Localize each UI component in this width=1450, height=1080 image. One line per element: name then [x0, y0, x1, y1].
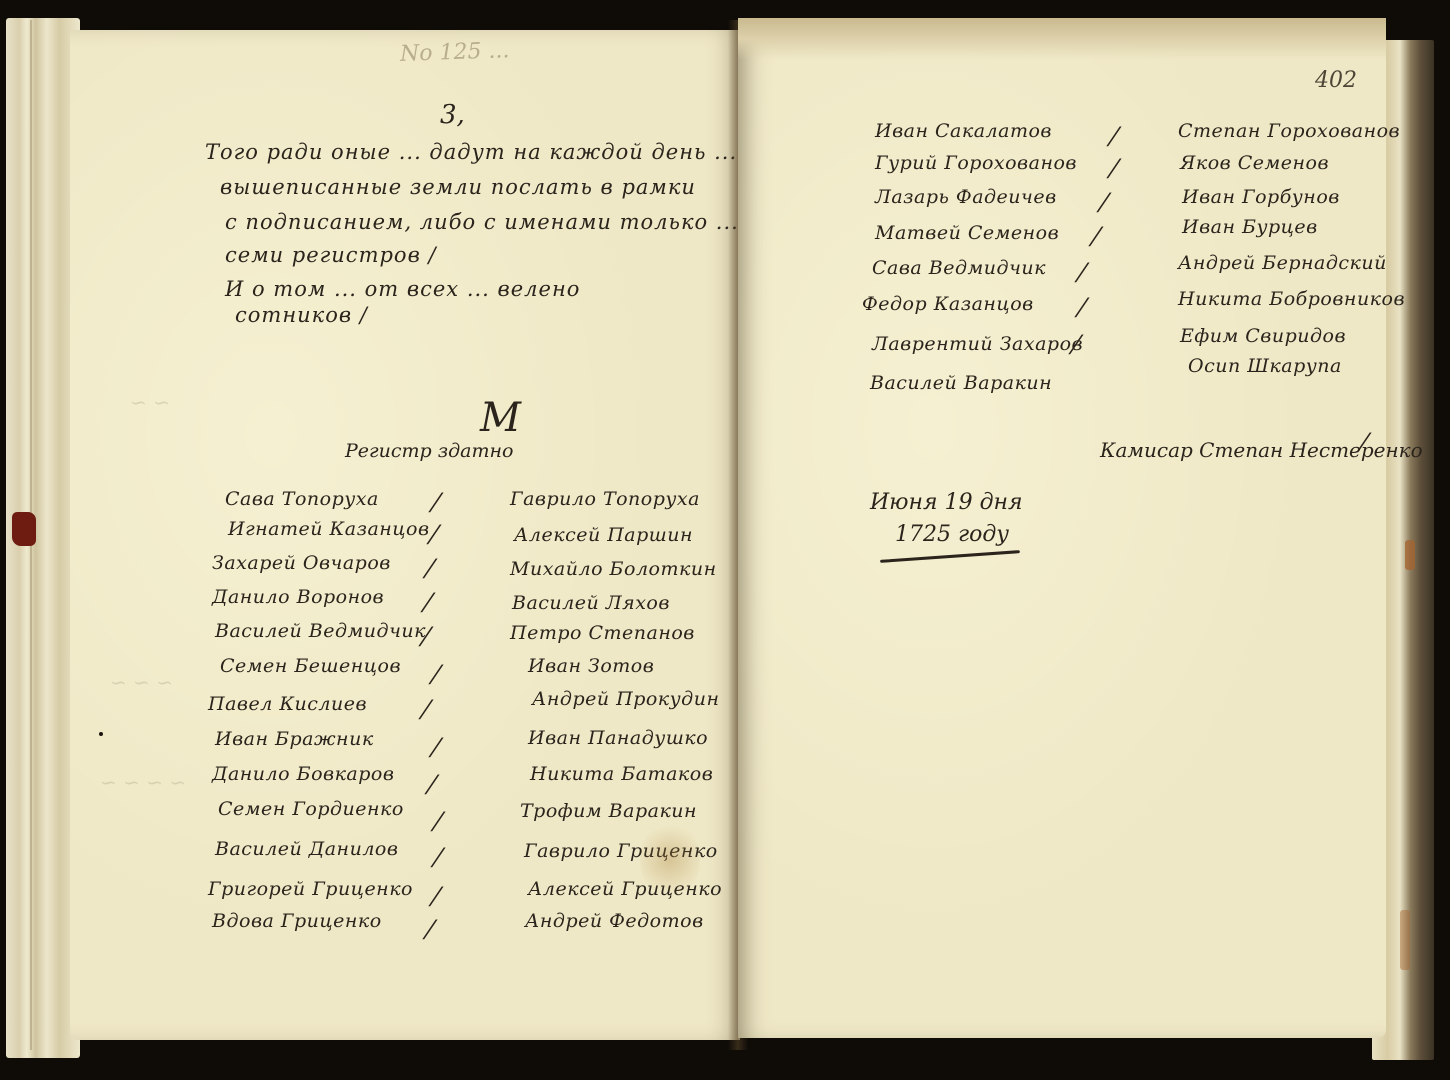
name-entry: Лаврентий Захаров	[872, 333, 1083, 355]
name-entry: Семен Гордиенко	[218, 798, 404, 820]
ink-dot	[99, 732, 103, 736]
name-entry: Игнатей Казанцов	[228, 518, 430, 540]
bleed-through-text: ~ ~ ~	[110, 670, 173, 694]
name-entry: Лазарь Фадеичев	[875, 186, 1057, 208]
paragraph-line: И о том ... от всех ... велено	[225, 277, 580, 301]
bleed-through-text: ~ ~ ~ ~	[100, 770, 186, 794]
name-entry: Михайло Болоткин	[510, 558, 717, 580]
name-entry: Иван Сакалатов	[875, 120, 1052, 142]
commissar-signature: Камисар Степан Нестеренко	[1100, 438, 1423, 462]
name-entry: Сава Топоруха	[225, 488, 379, 510]
name-entry: Андрей Прокудин	[532, 688, 719, 710]
name-entry: Иван Бражник	[215, 728, 374, 750]
heading-subtitle: Регистр здатно	[345, 440, 513, 462]
folio-number: 402	[1315, 68, 1357, 93]
name-entry: Петро Степанов	[510, 622, 695, 644]
name-entry: Яков Семенов	[1180, 152, 1329, 174]
name-entry: Степан Горохованов	[1178, 120, 1400, 142]
manuscript-spread: ~ ~ ~ ~ ~ ~ ~ ~ ~ No 125 ... 3, Того рад…	[0, 0, 1450, 1080]
name-entry: Захарей Овчаров	[212, 552, 391, 574]
paragraph-line: с подписанием, либо с именами только ...	[225, 210, 739, 234]
name-entry: Василей Данилов	[215, 838, 398, 860]
name-entry: Никита Бобровников	[1178, 288, 1405, 310]
bleed-through-text: ~ ~	[130, 390, 170, 414]
paragraph-line: Того ради оные ... дадут на каждой день …	[205, 140, 737, 164]
section-number: 3,	[440, 100, 465, 130]
date-year: 1725 году	[895, 522, 1009, 547]
name-entry: Данило Бовкаров	[212, 763, 394, 785]
heading-letter: М	[480, 395, 521, 441]
paragraph-line: семи регистров /	[225, 243, 437, 267]
name-entry: Гаврило Топоруха	[510, 488, 700, 510]
name-entry: Никита Батаков	[530, 763, 713, 785]
name-entry: Сава Ведмидчик	[872, 257, 1046, 279]
name-entry: Василей Ведмидчик	[215, 620, 426, 642]
name-entry: Василей Ляхов	[512, 592, 670, 614]
name-entry: Алексей Паршин	[514, 524, 693, 546]
name-entry: Осип Шкарупа	[1188, 355, 1342, 377]
name-entry: Федор Казанцов	[862, 293, 1034, 315]
name-entry: Иван Горбунов	[1182, 186, 1340, 208]
name-entry: Данило Воронов	[212, 586, 384, 608]
name-entry: Андрей Бернадский	[1178, 252, 1387, 274]
name-entry: Василей Варакин	[870, 372, 1052, 394]
name-entry: Трофим Варакин	[520, 800, 697, 822]
name-entry: Матвей Семенов	[875, 222, 1059, 244]
name-entry: Гурий Горохованов	[875, 152, 1077, 174]
name-entry: Григорей Гриценко	[208, 878, 413, 900]
name-entry: Павел Кислиев	[208, 693, 367, 715]
name-entry: Иван Зотов	[528, 655, 654, 677]
name-entry: Семен Бешенцов	[220, 655, 401, 677]
date-day-month: Июня 19 дня	[870, 490, 1023, 515]
name-entry: Иван Панадушко	[528, 727, 708, 749]
water-stain	[640, 820, 700, 900]
paragraph-line: вышеписанные земли послать в рамки	[220, 175, 696, 199]
red-ink-mark	[1405, 540, 1415, 570]
page-top-discoloration	[738, 18, 1386, 60]
red-ink-mark	[1400, 910, 1410, 970]
name-entry: Ефим Свиридов	[1180, 325, 1346, 347]
paragraph-line: сотников /	[235, 303, 368, 327]
name-entry: Вдова Гриценко	[212, 910, 382, 932]
name-entry: Иван Бурцев	[1182, 216, 1318, 238]
name-entry: Андрей Федотов	[525, 910, 704, 932]
wax-seal-fragment	[12, 512, 36, 546]
archive-reference: No 125 ...	[400, 38, 510, 67]
